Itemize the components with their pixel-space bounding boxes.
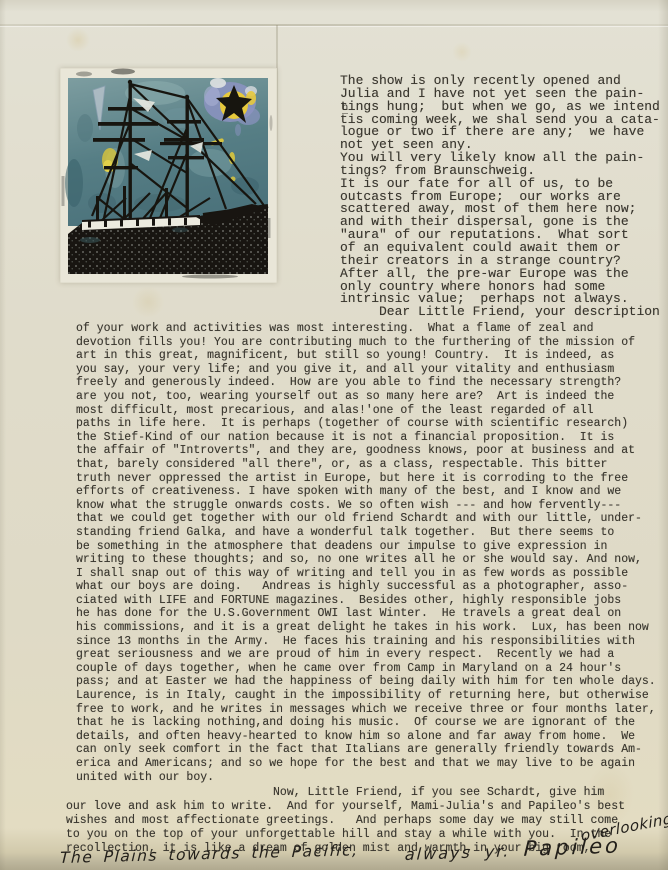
ship-woodcut-print: [60, 68, 277, 283]
typed-line: efforts of creativeness. I have spoken w…: [76, 485, 668, 499]
typed-line: Dear Little Friend, your description: [340, 306, 665, 319]
typed-line: devotion fills you! You are contributing…: [76, 336, 668, 350]
typed-line: writing to these thoughts; and so, no on…: [76, 553, 668, 567]
horizontal-fold-crease: [0, 24, 668, 26]
typed-line: united with our boy.: [76, 771, 668, 785]
typed-line: can only seek comfort in the fact that I…: [76, 743, 668, 757]
typed-line: free to work, and he writes in messages …: [76, 703, 668, 717]
typed-line: are you not, too, wearing yourself out a…: [76, 390, 668, 404]
typed-line: art in this great, magnificent, but stil…: [76, 349, 668, 363]
typed-line: his commissions, and it is a great delig…: [76, 621, 668, 635]
letter-page: The show is only recently opened andJuli…: [0, 0, 668, 870]
ship-print-svg: [60, 68, 277, 283]
typed-line: truth never oppressed the artist in Euro…: [76, 472, 668, 486]
typed-line: erica and Americans; and so we hope for …: [76, 757, 668, 771]
typed-correction-h: h: [342, 103, 348, 114]
typed-line: know what the struggle onwards costs. We…: [76, 499, 668, 513]
typed-line: of your work and activities was most int…: [76, 322, 668, 336]
typed-line: details, and often heavy-hearted to know…: [76, 730, 668, 744]
typed-line: couple of days together, when he came ov…: [76, 662, 668, 676]
typed-line: our love and ask him to write. And for y…: [66, 800, 666, 814]
typed-line: Now, Little Friend, if you see Schardt, …: [66, 786, 666, 800]
typed-line: he has done for the U.S.Government OWI l…: [76, 607, 668, 621]
typed-line: great seriousness and we are proud of hi…: [76, 648, 668, 662]
letter-body: of your work and activities was most int…: [76, 322, 668, 784]
typed-line: freely and generously indeed. How are yo…: [76, 376, 668, 390]
signature-name: Papileo: [523, 833, 622, 860]
typed-line: paths in life here. It is perhaps (toget…: [76, 417, 668, 431]
typed-line: that, barely considered "all there", or,…: [76, 458, 668, 472]
typed-line: the affair of "Introverts", and they are…: [76, 444, 668, 458]
letter-opening-column: The show is only recently opened andJuli…: [340, 75, 665, 319]
typed-line: the Stief-Kind of our nation because it …: [76, 431, 668, 445]
typed-line: standing friend Galka, and have a wonder…: [76, 526, 668, 540]
typed-line: that he is lacking nothing,and doing his…: [76, 716, 668, 730]
typed-line: most difficult, most precarious, and ala…: [76, 404, 668, 418]
typed-line: you say, your very life; and you give it…: [76, 363, 668, 377]
signature-closing: always yr.: [404, 841, 511, 864]
typed-line: what our boys are doing. Andreas is high…: [76, 580, 668, 594]
typed-line: wishes and most affectionate greetings. …: [66, 814, 666, 828]
typed-line: ciated with LIFE and FORTUNE magazines. …: [76, 594, 668, 608]
typed-line: Laurence, is in Italy, caught in the imp…: [76, 689, 668, 703]
typed-line: be something in the atmosphere that dead…: [76, 540, 668, 554]
typed-line: pass; and at Easter we had the happiness…: [76, 675, 668, 689]
typed-line: I shall snap out of this way of writing …: [76, 567, 668, 581]
typed-line: since 13 months in the Army. He faces hi…: [76, 635, 668, 649]
typed-line: that we could get together with our old …: [76, 512, 668, 526]
